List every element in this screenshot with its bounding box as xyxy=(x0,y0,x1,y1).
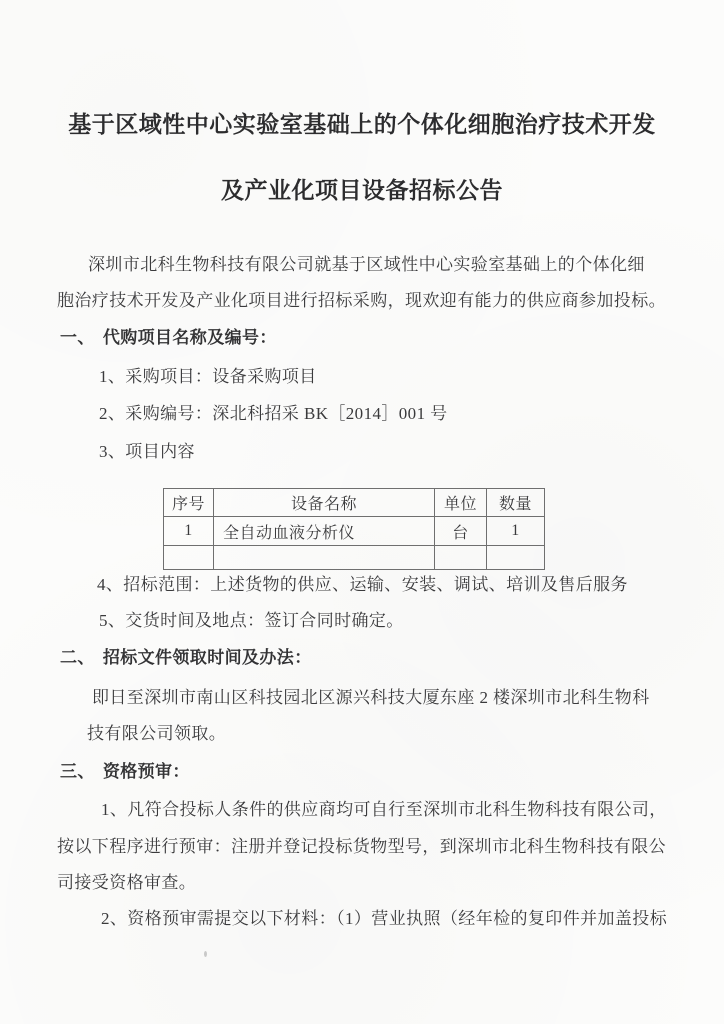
intro-paragraph-line-2: 胞治疗技术开发及产业化项目进行招标采购，现欢迎有能力的供应商参加投标。 xyxy=(57,290,666,313)
item-purchase-project: 1、采购项目：设备采购项目 xyxy=(99,366,317,389)
document-pickup-address-line-2: 技有限公司领取。 xyxy=(87,723,226,746)
section-1-heading: 一、代购项目名称及编号： xyxy=(60,327,277,350)
prequalification-item-1-line-2: 按以下程序进行预审：注册并登记投标货物型号，到深圳市北科生物科技有限公 xyxy=(57,836,666,859)
section-1-title: 代购项目名称及编号： xyxy=(103,328,277,347)
section-2-title: 招标文件领取时间及办法： xyxy=(103,648,312,667)
cell-quantity: 1 xyxy=(487,517,545,546)
section-3-number: 三、 xyxy=(60,761,95,784)
cell-device-name: 全自动血液分析仪 xyxy=(214,517,435,546)
item-bidding-scope: 4、招标范围：上述货物的供应、运输、安装、调试、培训及售后服务 xyxy=(97,574,628,597)
equipment-table-row-1: 1 全自动血液分析仪 台 1 xyxy=(164,517,545,546)
section-2-number: 二、 xyxy=(60,647,95,670)
equipment-table: 序号 设备名称 单位 数量 1 全自动血液分析仪 台 1 xyxy=(163,488,545,570)
cell-index: 1 xyxy=(164,517,214,546)
cell-quantity-empty xyxy=(487,546,545,570)
item-delivery-time: 5、交货时间及地点：签订合同时确定。 xyxy=(99,610,404,633)
prequalification-item-2-line-1: 2、资格预审需提交以下材料：（1）营业执照（经年检的复印件并加盖投标 xyxy=(101,908,667,931)
scanned-document-page: 基于区域性中心实验室基础上的个体化细胞治疗技术开发 及产业化项目设备招标公告 深… xyxy=(0,0,724,1024)
section-3-heading: 三、资格预审： xyxy=(60,761,190,784)
equipment-table-header-row: 序号 设备名称 单位 数量 xyxy=(164,489,545,517)
document-title-line-2: 及产业化项目设备招标公告 xyxy=(0,176,724,206)
document-pickup-address-line-1: 即日至深圳市南山区科技园北区源兴科技大厦东座 2 楼深圳市北科生物科 xyxy=(92,687,650,710)
cell-unit-empty xyxy=(435,546,487,570)
col-header-index: 序号 xyxy=(164,489,214,517)
prequalification-item-1-line-1: 1、凡符合投标人条件的供应商均可自行至深圳市北科生物科技有限公司， xyxy=(101,799,667,822)
document-title-line-1: 基于区域性中心实验室基础上的个体化细胞治疗技术开发 xyxy=(0,110,724,140)
col-header-device-name: 设备名称 xyxy=(214,489,435,517)
col-header-quantity: 数量 xyxy=(487,489,545,517)
cell-index-empty xyxy=(164,546,214,570)
scan-speck-artifact xyxy=(204,951,207,957)
item-project-content: 3、项目内容 xyxy=(99,441,195,464)
col-header-unit: 单位 xyxy=(435,489,487,517)
section-2-heading: 二、招标文件领取时间及办法： xyxy=(60,647,312,670)
item-purchase-number: 2、采购编号：深北科招采 BK［2014］001 号 xyxy=(99,403,448,426)
intro-paragraph-line-1: 深圳市北科生物科技有限公司就基于区域性中心实验室基础上的个体化细 xyxy=(88,254,645,277)
cell-device-name-empty xyxy=(214,546,435,570)
prequalification-item-1-line-3: 司接受资格审查。 xyxy=(57,872,196,895)
section-3-title: 资格预审： xyxy=(103,762,190,781)
section-1-number: 一、 xyxy=(60,327,95,350)
equipment-table-row-2-empty xyxy=(164,546,545,570)
cell-unit: 台 xyxy=(435,517,487,546)
